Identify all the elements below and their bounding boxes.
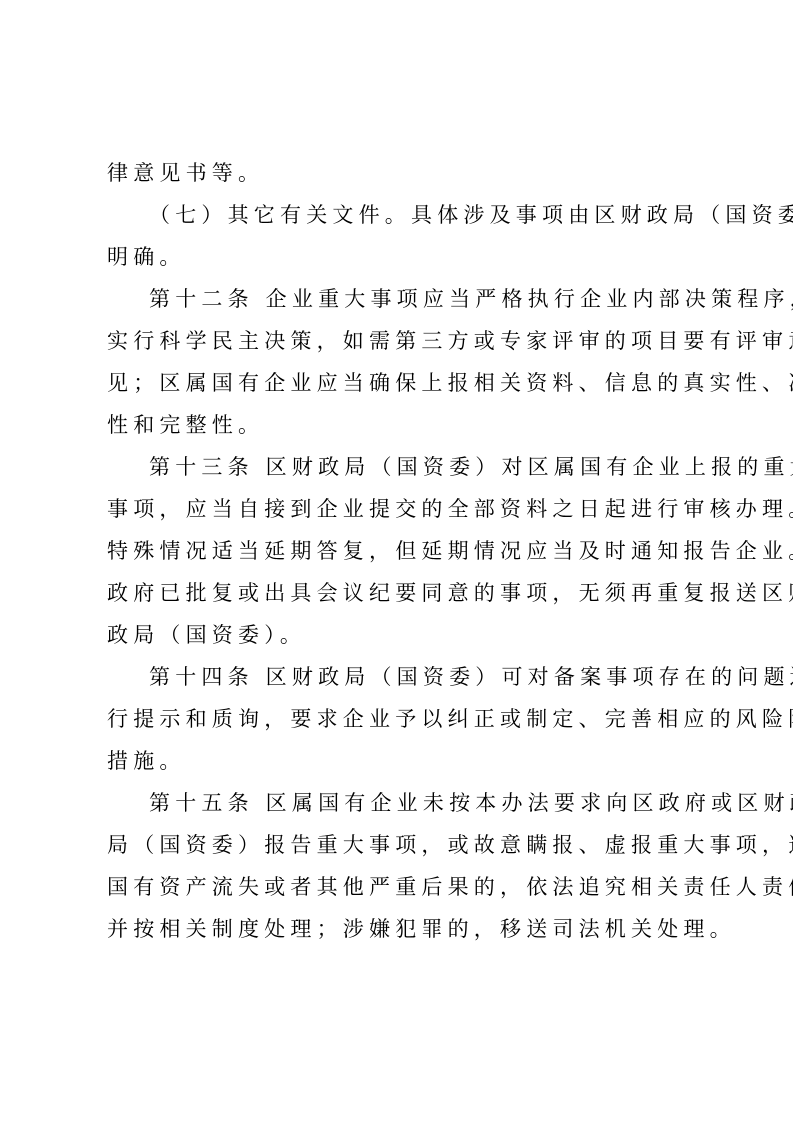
- text-line: 国有资产流失或者其他严重后果的，依法追究相关责任人责任，: [107, 866, 697, 908]
- text-line: 律意见书等。: [107, 152, 697, 194]
- article-15: 第十五条 区属国有企业未按本办法要求向区政府或区财政: [107, 782, 697, 824]
- text-line: 政府已批复或出具会议纪要同意的事项，无须再重复报送区财: [107, 572, 697, 614]
- clause-item-7: （七）其它有关文件。具体涉及事项由区财政局（国资委）: [107, 194, 697, 236]
- text-line: 局（国资委）报告重大事项，或故意瞒报、虚报重大事项，造成: [107, 824, 697, 866]
- text-line: 并按相关制度处理；涉嫌犯罪的，移送司法机关处理。: [107, 908, 697, 950]
- text-line: 实行科学民主决策，如需第三方或专家评审的项目要有评审意: [107, 320, 697, 362]
- text-line: 措施。: [107, 740, 697, 782]
- text-line: 明确。: [107, 236, 697, 278]
- article-14: 第十四条 区财政局（国资委）可对备案事项存在的问题进: [107, 656, 697, 698]
- article-13: 第十三条 区财政局（国资委）对区属国有企业上报的重大: [107, 446, 697, 488]
- text-line: 见；区属国有企业应当确保上报相关资料、信息的真实性、准确: [107, 362, 697, 404]
- text-line: 事项，应当自接到企业提交的全部资料之日起进行审核办理。因: [107, 488, 697, 530]
- article-12: 第十二条 企业重大事项应当严格执行企业内部决策程序，: [107, 278, 697, 320]
- text-line: 性和完整性。: [107, 404, 697, 446]
- document-page: 律意见书等。 （七）其它有关文件。具体涉及事项由区财政局（国资委） 明确。 第十…: [107, 152, 697, 950]
- text-line: 政局（国资委）。: [107, 614, 697, 656]
- text-line: 行提示和质询，要求企业予以纠正或制定、完善相应的风险防范: [107, 698, 697, 740]
- text-line: 特殊情况适当延期答复，但延期情况应当及时通知报告企业。区: [107, 530, 697, 572]
